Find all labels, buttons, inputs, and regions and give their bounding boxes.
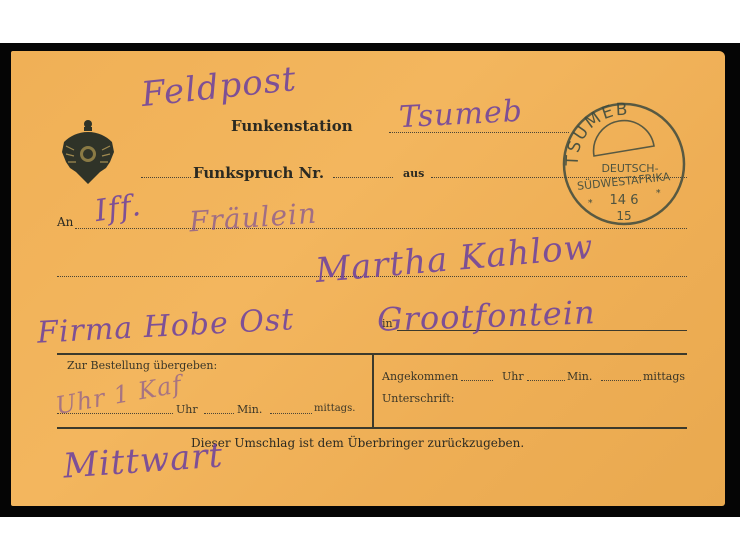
- imperial-eagle-icon: [60, 118, 116, 186]
- handwriting-salutation: Fräulein: [188, 197, 318, 239]
- uhr-label-right: Uhr: [502, 370, 524, 383]
- funkspruch-lead-line: [141, 177, 191, 178]
- svg-text:TSUMEB: TSUMEB: [563, 100, 630, 167]
- handwriting-destination: Grootfontein: [376, 293, 596, 339]
- an-label: An: [57, 215, 73, 229]
- uhr-label-left: Uhr: [176, 403, 198, 416]
- postmark-date: 14 6: [610, 193, 639, 208]
- min-label-right: Min.: [567, 370, 592, 383]
- envelope: Funkenstation Funkspruch Nr. aus An in Z…: [11, 51, 725, 506]
- funkenstation-label: Funkenstation: [231, 117, 353, 135]
- angekommen-line: [461, 380, 493, 381]
- postmark-year: 15: [616, 209, 631, 223]
- handwriting-recipient-name: Martha Kahlow: [314, 227, 595, 291]
- mittags-label-left: mittags.: [314, 403, 355, 414]
- min-line-right: [601, 380, 641, 381]
- min-line-left: [270, 413, 312, 414]
- handwriting-an-title: Iff.: [93, 188, 144, 229]
- postmark-star-right-icon: *: [656, 189, 661, 199]
- handwriting-station: Tsumeb: [398, 94, 524, 135]
- section-bottom-rule: [57, 427, 687, 429]
- funkspruch-number-line: [333, 177, 393, 178]
- unterschrift-label: Unterschrift:: [382, 392, 454, 405]
- handwriting-feldpost: Feldpost: [139, 59, 298, 115]
- min-label-left: Min.: [237, 403, 262, 416]
- footer-note: Dieser Umschlag ist dem Überbringer zurü…: [191, 436, 524, 450]
- section-divider: [372, 353, 374, 428]
- zur-bestellung-label: Zur Bestellung übergeben:: [67, 359, 217, 372]
- postmark-town: TSUMEB: [563, 100, 630, 167]
- angekommen-label: Angekommen: [382, 370, 458, 383]
- postmark-star-left-icon: *: [588, 199, 593, 209]
- an-line: [75, 228, 687, 229]
- aus-label: aus: [403, 167, 424, 180]
- handwriting-note-left: Firma Hobe Ost: [36, 302, 295, 350]
- mittags-label-right: mittags: [643, 370, 685, 383]
- uhr-line-right: [527, 380, 565, 381]
- postmark-stamp: TSUMEB DEUTSCH- SÜDWESTAFRIKA 14 6 15 * …: [560, 100, 688, 228]
- funkspruch-label: Funkspruch Nr.: [193, 164, 324, 182]
- handwriting-bottom-scrawl: Mittwart: [62, 435, 225, 486]
- uhr-line-left: [204, 413, 234, 414]
